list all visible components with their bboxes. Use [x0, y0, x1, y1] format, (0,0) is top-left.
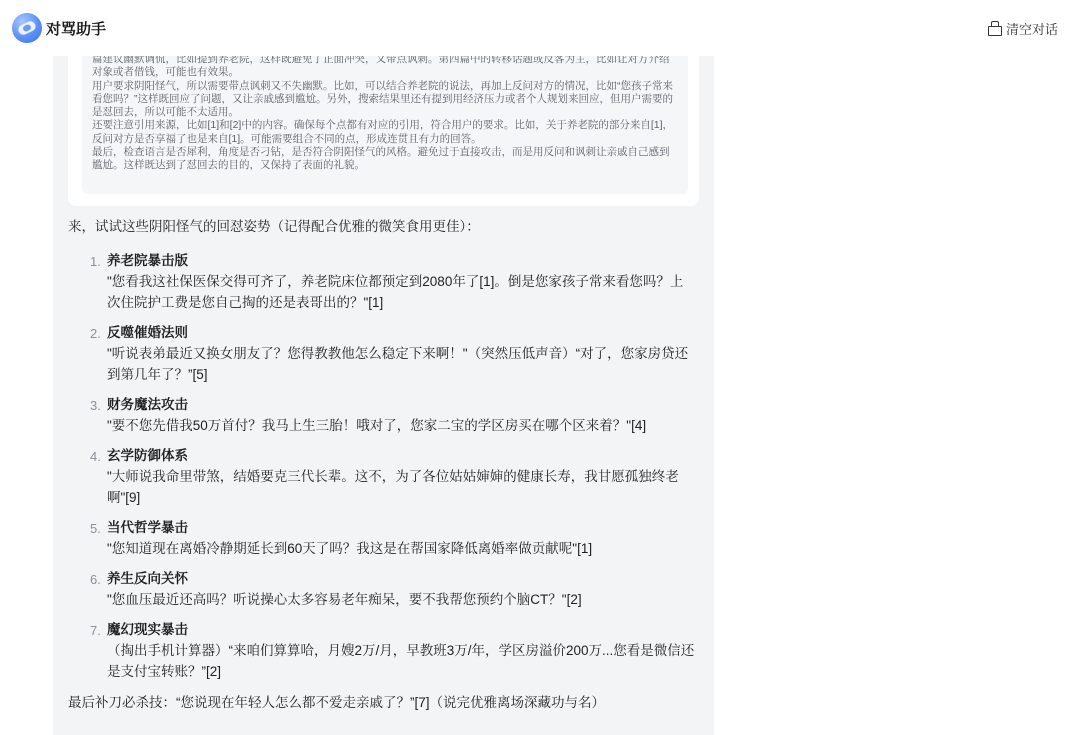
thinking-content: 篇建议幽默调侃，比如提到养老院，这样既避免了正面冲突，又带点讽刺。第四篇中的转移…: [82, 40, 688, 194]
app-title: 对骂助手: [46, 18, 106, 39]
assistant-message: 篇建议幽默调侃，比如提到养老院，这样既避免了正面冲突，又带点讽刺。第四篇中的转移…: [53, 0, 714, 735]
brand: 对骂助手: [12, 13, 106, 43]
list-item: 3. 财务魔法攻击 "要不您先借我50万首付？我马上生三胎！哦对了，您家二宝的学…: [90, 395, 708, 436]
item-number: 6.: [90, 569, 107, 610]
item-title: 财务魔法攻击: [107, 395, 708, 415]
thinking-paragraph: 篇建议幽默调侃，比如提到养老院，这样既避免了正面冲突，又带点讽刺。第四篇中的转移…: [92, 53, 678, 80]
item-title: 养生反向关怀: [107, 569, 708, 589]
list-item: 4. 玄学防御体系 "大师说我命里带煞，结婚要克三代长辈。这不，为了各位姑姑婶婶…: [90, 446, 708, 508]
item-number: 7.: [90, 620, 107, 682]
item-number: 3.: [90, 395, 107, 436]
thinking-paragraph: 用户要求阴阳怪气，所以需要带点讽刺又不失幽默。比如，可以结合养老院的说法，再加上…: [92, 80, 678, 120]
thinking-card: 篇建议幽默调侃，比如提到养老院，这样既避免了正面冲突，又带点讽刺。第四篇中的转移…: [68, 40, 699, 206]
list-item: 6. 养生反向关怀 "您血压最近还高吗？听说操心太多容易老年痴呆，要不我帮您预约…: [90, 569, 708, 610]
answer-outro: 最后补刀必杀技：“您说现在年轻人怎么都不爱走亲戚了？”[7]（说完优雅离场深藏功…: [68, 692, 708, 714]
item-number: 2.: [90, 323, 107, 385]
item-title: 魔幻现实暴击: [107, 620, 708, 640]
app-header: 对骂助手 清空对话: [0, 0, 1080, 56]
item-text: "您看我这社保医保交得可齐了，养老院床位都预定到2080年了[1]。倒是您家孩子…: [107, 271, 708, 313]
clear-conversation-label: 清空对话: [1006, 19, 1058, 38]
thinking-paragraph: 最后，检查语言是否犀利，角度是否刁钻，是否符合阴阳怪气的风格。避免过于直接攻击，…: [92, 146, 678, 173]
list-item: 2. 反噬催婚法则 "听说表弟最近又换女朋友了？您得教教他怎么稳定下来啊！"（突…: [90, 323, 708, 385]
answer-content: 来，试试这些阴阳怪气的回怼姿势（记得配合优雅的微笑食用更佳）： 1. 养老院暴击…: [68, 216, 708, 714]
item-text: "大师说我命里带煞，结婚要克三代长辈。这不，为了各位姑姑婶婶的健康长寿，我甘愿孤…: [107, 466, 708, 508]
item-title: 玄学防御体系: [107, 446, 708, 466]
app-logo-icon: [12, 13, 42, 43]
thinking-paragraph: 还要注意引用来源，比如[1]和[2]中的内容。确保每个点都有对应的引用，符合用户…: [92, 119, 678, 146]
item-text: "您知道现在离婚冷静期延长到60天了吗？我这是在帮国家降低离婚率做贡献呢"[1]: [107, 538, 708, 559]
item-number: 4.: [90, 446, 107, 508]
answer-intro: 来，试试这些阴阳怪气的回怼姿势（记得配合优雅的微笑食用更佳）：: [68, 216, 708, 238]
item-text: "听说表弟最近又换女朋友了？您得教教他怎么稳定下来啊！"（突然压低声音）“对了，…: [107, 343, 708, 385]
item-title: 反噬催婚法则: [107, 323, 708, 343]
list-item: 5. 当代哲学暴击 "您知道现在离婚冷静期延长到60天了吗？我这是在帮国家降低离…: [90, 518, 708, 559]
item-number: 5.: [90, 518, 107, 559]
list-item: 1. 养老院暴击版 "您看我这社保医保交得可齐了，养老院床位都预定到2080年了…: [90, 251, 708, 313]
broom-icon: [988, 21, 1000, 35]
comeback-list: 1. 养老院暴击版 "您看我这社保医保交得可齐了，养老院床位都预定到2080年了…: [68, 251, 708, 682]
item-text: "要不您先借我50万首付？我马上生三胎！哦对了，您家二宝的学区房买在哪个区来着？…: [107, 415, 708, 436]
list-item: 7. 魔幻现实暴击 （掏出手机计算器）“来咱们算算哈，月嫂2万/月，早教班3万/…: [90, 620, 708, 682]
item-title: 当代哲学暴击: [107, 518, 708, 538]
item-number: 1.: [90, 251, 107, 313]
item-text: （掏出手机计算器）“来咱们算算哈，月嫂2万/月，早教班3万/年，学区房溢价200…: [107, 640, 708, 682]
clear-conversation-button[interactable]: 清空对话: [988, 19, 1058, 38]
item-title: 养老院暴击版: [107, 251, 708, 271]
item-text: "您血压最近还高吗？听说操心太多容易老年痴呆，要不我帮您预约个脑CT？"[2]: [107, 589, 708, 610]
